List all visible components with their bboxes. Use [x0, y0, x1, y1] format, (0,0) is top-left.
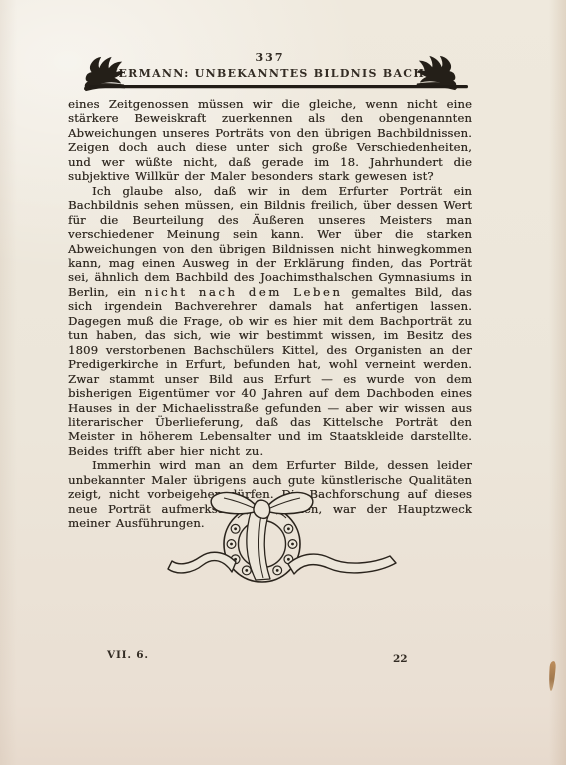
- signature-mark: VII. 6.: [107, 649, 149, 661]
- header-rule: [89, 85, 468, 88]
- paragraph: Ich glaube also, daß wir in dem Erfurter…: [68, 184, 472, 459]
- running-header: OVERMANN: UNBEKANNTES BILDNIS BACHS?: [68, 67, 472, 80]
- folio-number: 22: [393, 653, 408, 665]
- paper-edge-mark: [548, 661, 556, 691]
- body-text: eines Zeitgenossen müssen wir die gleich…: [68, 97, 472, 531]
- scanned-book-page: 337 OVERMANN: UNBEKANNTES BILDNIS BACHS?…: [0, 0, 566, 765]
- wreath-ribbon-tailpiece-icon: [166, 484, 398, 588]
- page-number: 337: [68, 51, 472, 64]
- paragraph: eines Zeitgenossen müssen wir die gleich…: [68, 97, 472, 184]
